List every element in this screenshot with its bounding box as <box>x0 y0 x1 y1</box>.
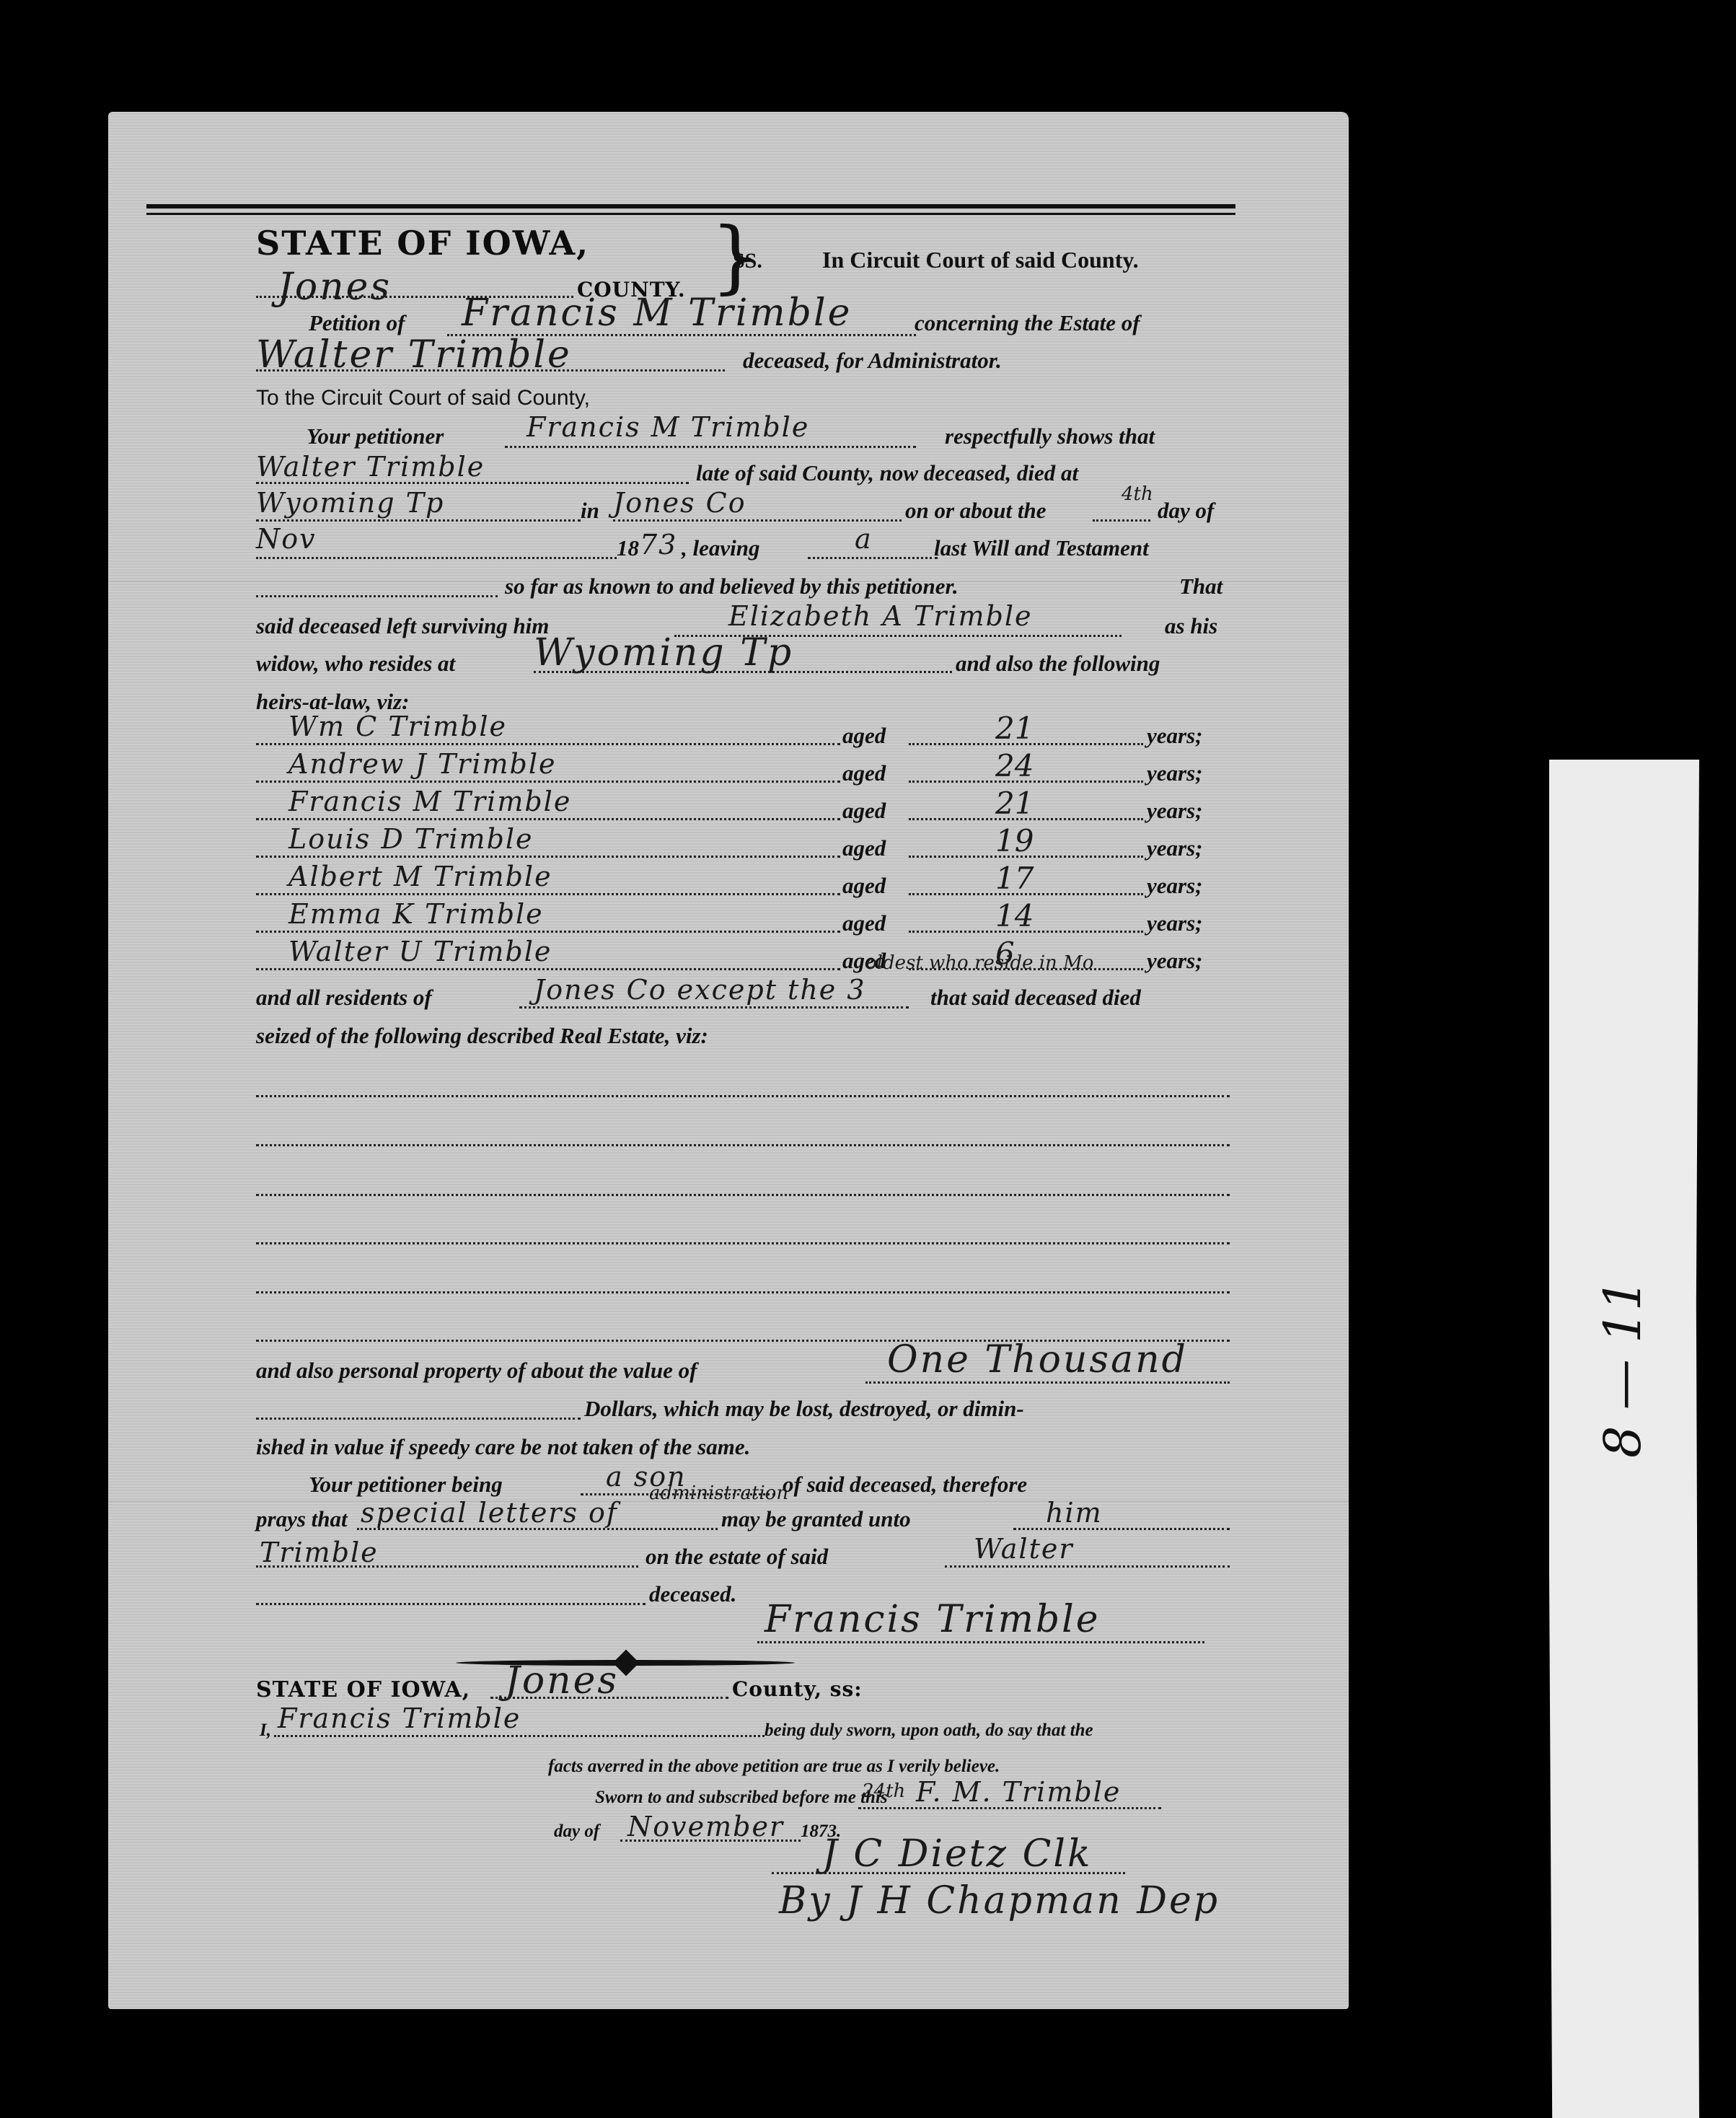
line <box>256 595 498 597</box>
prays-hand: special letters of <box>361 1497 618 1529</box>
your-petitioner-label: Your petitioner <box>307 423 444 449</box>
granted-label: may be granted unto <box>721 1506 911 1532</box>
aged-label: aged <box>842 760 886 786</box>
being-label: Your petitioner being <box>309 1472 503 1498</box>
line <box>613 519 902 522</box>
years-label: years; <box>1147 798 1202 824</box>
county-hand: Jones <box>278 265 392 309</box>
line <box>1013 1528 1230 1530</box>
concerning-label: concerning the Estate of <box>915 310 1140 336</box>
that-label: That <box>1179 574 1222 599</box>
subscribed-text: Sworn to and subscribed before me this <box>595 1788 888 1808</box>
i-label: I, <box>260 1721 271 1741</box>
affidavit-state: STATE OF IOWA, <box>256 1677 470 1702</box>
line <box>256 482 689 484</box>
died-label: that said deceased died <box>930 985 1141 1011</box>
real-estate-line <box>256 1291 1230 1293</box>
real-estate-line <box>256 1095 1230 1097</box>
years-label: years; <box>1147 723 1202 749</box>
line <box>1093 519 1150 522</box>
years-label: years; <box>1147 760 1202 786</box>
late-of-label: late of said County, now deceased, died … <box>696 460 1078 486</box>
prays-insert-hand: administration <box>649 1482 788 1504</box>
residents-label: and all residents of <box>256 985 432 1011</box>
month-hand: Nov <box>256 523 317 555</box>
line <box>357 1528 718 1530</box>
line <box>505 446 916 448</box>
estate-of-label: on the estate of said <box>646 1544 828 1570</box>
facts-text: facts averred in the above petition are … <box>548 1757 1000 1777</box>
line <box>256 856 840 858</box>
line <box>256 557 617 559</box>
line <box>534 671 952 673</box>
years-label: years; <box>1147 873 1202 899</box>
affidavit-county-hand: Jones <box>505 1659 619 1702</box>
line <box>909 893 1143 895</box>
line <box>256 931 840 933</box>
line <box>256 893 840 895</box>
heir-name: Andrew J Trimble <box>288 748 556 780</box>
aged-label: aged <box>842 873 886 899</box>
estate-hand-1: Walter <box>974 1533 1074 1565</box>
estate-hand-2: Trimble <box>260 1537 379 1568</box>
line <box>519 1006 909 1009</box>
line <box>256 1418 581 1420</box>
state-heading: STATE OF IOWA, <box>256 224 589 263</box>
personal-value-hand: One Thousand <box>887 1338 1188 1381</box>
granted-hand: him <box>1046 1497 1103 1529</box>
line <box>274 1735 765 1737</box>
widow-residence-hand: Wyoming Tp <box>534 631 793 674</box>
heir-name: Albert M Trimble <box>288 861 552 892</box>
aged-label: aged <box>842 723 886 749</box>
heir-name: Wm C Trimble <box>288 711 507 742</box>
leaving-hand: a <box>855 523 873 555</box>
real-estate-label: seized of the following described Real E… <box>256 1023 708 1049</box>
court-heading: In Circuit Court of said County. <box>822 247 1139 273</box>
personal-label: and also personal property of about the … <box>256 1358 697 1384</box>
deceased-label: deceased. <box>649 1581 736 1607</box>
heir-age: 19 <box>995 823 1034 858</box>
widow-label: widow, who resides at <box>256 651 455 677</box>
leaving-label: , leaving <box>682 535 760 561</box>
aged-label: aged <box>842 798 886 824</box>
petitioner-signature: Francis Trimble <box>765 1598 1101 1641</box>
ss-label: SS. <box>733 249 762 273</box>
line <box>256 818 840 820</box>
clerk-signature: J C Dietz Clk <box>822 1832 1093 1876</box>
line <box>256 743 840 745</box>
heir-age: 21 <box>995 711 1034 746</box>
affiant-signature: F. M. Trimble <box>916 1776 1121 1808</box>
real-estate-line <box>256 1242 1230 1244</box>
dollars-label: Dollars, which may be lost, destroyed, o… <box>584 1396 1024 1422</box>
signature-line <box>757 1641 1204 1643</box>
line <box>909 743 1143 745</box>
county-hand-2: Jones Co <box>613 487 746 519</box>
clerk-line <box>772 1872 1125 1874</box>
line <box>808 557 938 559</box>
line <box>909 856 1143 858</box>
affidavit-county-label: County, ss: <box>732 1677 863 1701</box>
heir-age: 14 <box>995 898 1034 933</box>
strip-annotation: 8 — 11 <box>1593 1314 1652 1458</box>
line <box>945 1565 1230 1568</box>
as-his-label: as his <box>1165 613 1217 639</box>
affiant-hand: Francis Trimble <box>278 1702 521 1734</box>
header-rule <box>146 204 1235 215</box>
line <box>865 1381 1230 1384</box>
day-of-label: day of <box>1158 498 1214 524</box>
petition-of-label: Petition of <box>309 310 405 336</box>
heir-age: 21 <box>995 786 1034 821</box>
year-prefix: 18 <box>617 535 639 561</box>
so-far-label: so far as known to and believed by this … <box>505 574 959 599</box>
line <box>490 1697 728 1699</box>
years-label: years; <box>1147 835 1202 861</box>
deceased-line <box>256 369 725 372</box>
sworn-text: being duly sworn, upon oath, do say that… <box>765 1721 1093 1741</box>
line <box>909 818 1143 820</box>
line <box>256 1603 646 1605</box>
line <box>620 1840 801 1842</box>
in-label: in <box>581 498 599 524</box>
respectfully-label: respectfully shows that <box>945 423 1155 449</box>
deputy-signature: By J H Chapman Dep <box>779 1879 1220 1923</box>
real-estate-line <box>256 1144 1230 1146</box>
years-label: years; <box>1147 910 1202 936</box>
ished-label: ished in value if speedy care be not tak… <box>256 1434 750 1460</box>
heir-age: 24 <box>995 748 1034 783</box>
last-will-label: last Will and Testament <box>934 535 1149 561</box>
years-label: years; <box>1147 948 1202 974</box>
on-or-about-label: on or about the <box>905 498 1047 524</box>
petitioner-hand: Francis M Trimble <box>462 291 852 335</box>
year-hand: 73 <box>640 529 677 561</box>
heir-name: Walter U Trimble <box>288 936 552 967</box>
line <box>909 781 1143 783</box>
also-following-label: and also the following <box>956 651 1160 677</box>
heir-name: Francis M Trimble <box>288 786 571 817</box>
deceased-hand-2: Walter Trimble <box>256 451 485 483</box>
heir-age: 17 <box>995 861 1034 896</box>
aged-label: aged <box>842 835 886 861</box>
day-of-label: day of <box>554 1822 599 1842</box>
petitioner-hand-2: Francis M Trimble <box>526 411 809 443</box>
line <box>256 781 840 783</box>
affidavit-day-hand: 24th <box>862 1780 905 1802</box>
heir-name: Emma K Trimble <box>288 898 544 930</box>
prays-label: prays that <box>256 1506 348 1532</box>
real-estate-line <box>256 1194 1230 1196</box>
line <box>256 519 581 522</box>
day-hand: 4th <box>1122 483 1153 505</box>
line <box>256 1565 638 1568</box>
to-court: To the Circuit Court of said County, <box>256 386 590 410</box>
place-hand: Wyoming Tp <box>256 487 444 519</box>
affidavit-month-hand: November <box>627 1811 784 1842</box>
aged-label: aged <box>842 910 886 936</box>
line <box>858 1807 1161 1809</box>
of-said-label: of said deceased, therefore <box>783 1472 1027 1498</box>
widow-hand: Elizabeth A Trimble <box>728 600 1033 632</box>
line <box>909 931 1143 933</box>
residents-insert-hand: oldest who reside in Mo <box>865 952 1093 974</box>
deceased-admin-label: deceased, for Administrator. <box>743 348 1002 374</box>
line <box>256 968 840 970</box>
surviving-label: said deceased left surviving him <box>256 613 549 639</box>
heir-name: Louis D Trimble <box>288 823 534 855</box>
residents-hand: Jones Co except the 3 <box>534 974 866 1006</box>
